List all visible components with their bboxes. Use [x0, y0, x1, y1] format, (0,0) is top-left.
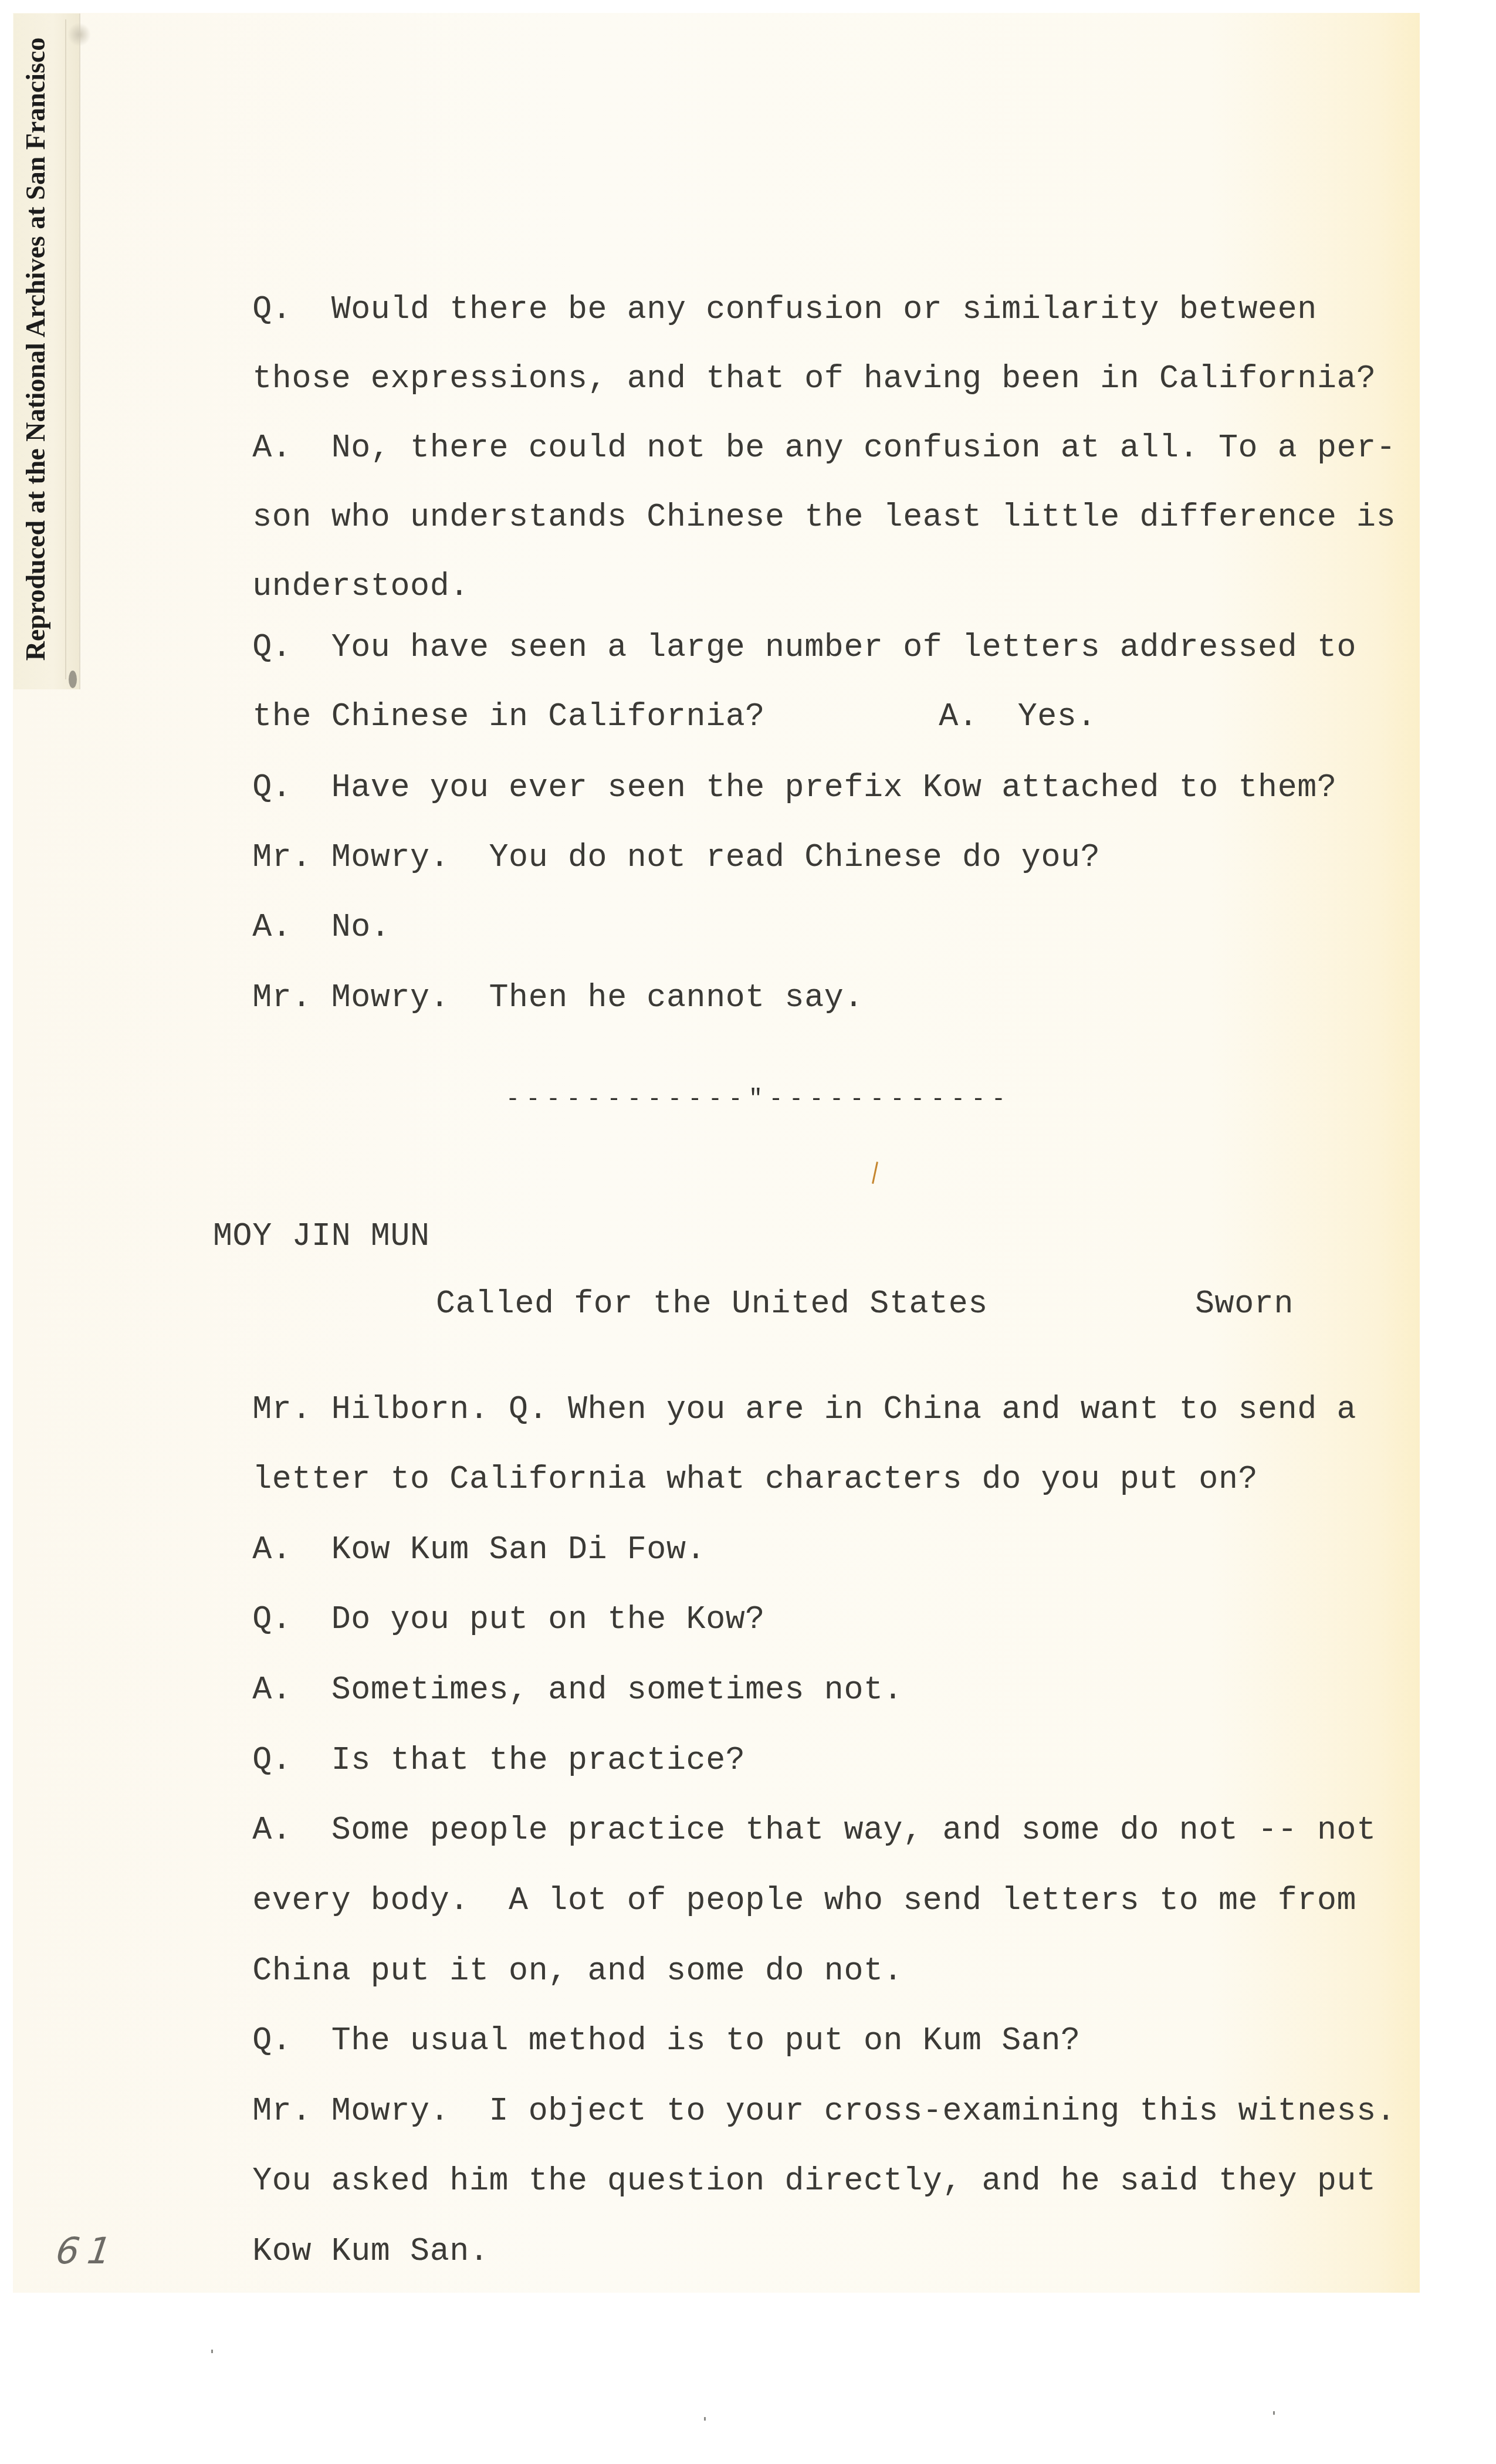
line-text: Kow Kum San.	[252, 2233, 489, 2270]
speaker-label: Q.	[252, 291, 292, 328]
line-text: When you are in China and want to send a	[568, 1391, 1356, 1428]
archive-stamp-label: Reproduced at the National Archives at S…	[20, 38, 51, 661]
line-text: You asked him the question directly, and…	[252, 2162, 1376, 2199]
line-text: Yes.	[1018, 698, 1096, 735]
line-text: letter to California what characters do …	[252, 1461, 1258, 1498]
speaker-label: A.	[252, 429, 292, 466]
witness-name: MOY JIN MUN	[213, 1219, 430, 1254]
transcript-line: understood.	[213, 534, 469, 604]
transcript-line: Q. You have seen a large number of lette…	[213, 595, 1356, 665]
speaker-label: Q.	[252, 629, 292, 666]
transcript-line: Mr. Hilborn. Q. When you are in China an…	[213, 1357, 1356, 1427]
line-text: China put it on, and some do not.	[252, 1952, 903, 1989]
transcript-line: the Chinese in California?	[213, 664, 765, 735]
line-text: The usual method is to put on Kum San?	[331, 2022, 1081, 2059]
line-text: Would there be any confusion or similari…	[331, 291, 1317, 328]
speaker-label: Mr. Hilborn. Q.	[252, 1391, 548, 1428]
strip-fold-line	[65, 19, 66, 679]
line-text: Kow Kum San Di Fow.	[331, 1531, 706, 1568]
witness-called-for: Called for the United States	[436, 1287, 988, 1322]
line-text: son who understands Chinese the least li…	[252, 499, 1396, 536]
speaker-label: Q.	[252, 1742, 292, 1779]
line-text: Sometimes, and sometimes not.	[331, 1671, 903, 1708]
line-text: the Chinese in California?	[252, 698, 765, 735]
transcript-line: Mr. Mowry. You do not read Chinese do yo…	[213, 805, 1100, 875]
line-text: No, there could not be any confusion at …	[331, 429, 1396, 466]
speaker-label: Mr. Mowry.	[252, 2093, 449, 2130]
speaker-label: A.	[252, 1812, 292, 1849]
scan-speck	[1273, 2411, 1275, 2415]
speaker-label: Q.	[252, 769, 292, 806]
staple-mark-icon	[69, 671, 77, 688]
line-text: Is that the practice?	[331, 1742, 746, 1779]
transcript-line: A. Kow Kum San Di Fow.	[213, 1497, 706, 1568]
speaker-label: Mr. Mowry.	[252, 839, 449, 876]
line-text: You have seen a large number of letters …	[331, 629, 1356, 666]
scan-speck	[704, 2417, 706, 2421]
speaker-label: A.	[252, 1671, 292, 1708]
speaker-label: A.	[252, 1531, 292, 1568]
transcript-line: A. Some people practice that way, and so…	[213, 1778, 1376, 1848]
transcript-line: You asked him the question directly, and…	[213, 2128, 1376, 2199]
line-text: Do you put on the Kow?	[331, 1601, 765, 1638]
witness-status: Sworn	[1195, 1287, 1294, 1322]
line-text: Have you ever seen the prefix Kow attach…	[331, 769, 1337, 806]
section-separator: ------------"------------	[506, 1088, 1012, 1112]
speaker-label: Q.	[252, 1601, 292, 1638]
handwritten-page-number: 61	[53, 2229, 122, 2272]
line-text: every body. A lot of people who send let…	[252, 1882, 1356, 1919]
transcript-line: A. No, there could not be any confusion …	[213, 395, 1396, 466]
line-text: Then he cannot say.	[489, 979, 864, 1016]
transcript-line: Q. Would there be any confusion or simil…	[213, 257, 1317, 327]
transcript-line: Q. Is that the practice?	[213, 1708, 745, 1778]
line-text: Some people practice that way, and some …	[331, 1812, 1376, 1849]
transcript-line: Kow Kum San.	[213, 2199, 489, 2269]
speaker-label: Q.	[252, 2022, 292, 2059]
speaker-label: A.	[939, 698, 978, 735]
transcript-line: letter to California what characters do …	[213, 1427, 1258, 1497]
transcript-line: China put it on, and some do not.	[213, 1918, 903, 1989]
line-text: I object to your cross-examining this wi…	[489, 2093, 1396, 2130]
transcript-line: Mr. Mowry. I object to your cross-examin…	[213, 2059, 1396, 2129]
transcript-line: A. No.	[213, 875, 390, 945]
staple-mark-icon	[67, 23, 91, 46]
scan-speck	[211, 2350, 213, 2353]
line-text: You do not read Chinese do you?	[489, 839, 1101, 876]
line-text: No.	[331, 909, 391, 946]
speaker-label: A.	[252, 909, 292, 946]
transcript-line: son who understands Chinese the least li…	[213, 465, 1396, 535]
speaker-label: Mr. Mowry.	[252, 979, 449, 1016]
transcript-line: every body. A lot of people who send let…	[213, 1848, 1356, 1918]
transcript-line: Mr. Mowry. Then he cannot say.	[213, 945, 864, 1016]
transcript-line: Q. Have you ever seen the prefix Kow att…	[213, 735, 1337, 805]
transcript-line: Q. The usual method is to put on Kum San…	[213, 1988, 1081, 2059]
transcript-line: those expressions, and that of having be…	[213, 326, 1376, 397]
transcript-line: Q. Do you put on the Kow?	[213, 1567, 765, 1637]
line-text: those expressions, and that of having be…	[252, 360, 1376, 397]
inline-answer: A. Yes.	[899, 664, 1096, 735]
transcript-line: A. Sometimes, and sometimes not.	[213, 1637, 903, 1708]
